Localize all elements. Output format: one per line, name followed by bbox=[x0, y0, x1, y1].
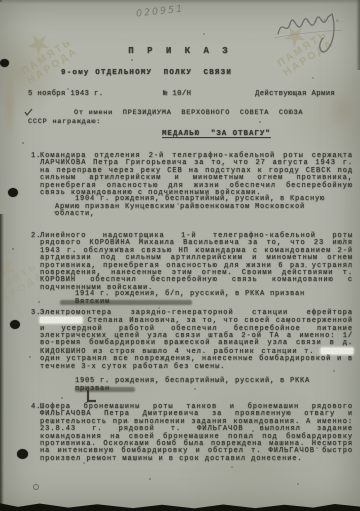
redaction-box bbox=[40, 317, 82, 323]
item-text: один устранял все повреждения, нанесенны… bbox=[40, 355, 353, 370]
corner-pencil-note: . . т. в. bbox=[306, 19, 345, 24]
smudge-mark bbox=[75, 387, 135, 392]
punch-hole bbox=[10, 320, 20, 329]
paper-stain bbox=[2, 72, 17, 144]
army-label: Действующая Армия bbox=[255, 90, 335, 98]
item-text: Шофера бронемашины роты танков и бронема… bbox=[40, 403, 353, 463]
punch-hole bbox=[17, 449, 28, 459]
scan-bottom-edge bbox=[0, 498, 360, 511]
item-text: Электромонтера зарядно-генераторной стан… bbox=[40, 309, 353, 317]
watermark-star-icon: ★ bbox=[10, 21, 69, 68]
item-text: Линейного надсмотрщика 1-й телеграфно-ка… bbox=[40, 232, 353, 292]
punch-hole bbox=[0, 59, 9, 67]
award-item: 4. Шофера бронемашины роты танков и брон… bbox=[40, 404, 353, 463]
archive-number: 020951 bbox=[136, 4, 185, 20]
award-item: 3. Электромонтера зарядно-генераторной с… bbox=[40, 310, 353, 371]
award-item: 2. Линейного надсмотрщика 1-й телеграфно… bbox=[40, 233, 353, 292]
scan-left-edge bbox=[0, 214, 4, 505]
redaction-box bbox=[321, 348, 353, 354]
watermark-star-icon: ★ bbox=[0, 245, 34, 292]
scanned-order-document: ★ ПАМЯТЬ НАРОДА ★ ПАМЯТЬ НАРОДА ★ ПАМЯТЬ… bbox=[0, 0, 360, 511]
item-text: Степана Ивановича, за то, что своей само… bbox=[40, 317, 353, 355]
item-number: 1. bbox=[31, 153, 41, 160]
punch-hole bbox=[8, 188, 18, 197]
item-number: 4. bbox=[31, 404, 41, 411]
scan-right-edge bbox=[356, 0, 360, 70]
preamble-line: От имени ПРЕЗИДИУМА ВЕРХОВНОГО СОВЕТА СО… bbox=[74, 109, 303, 117]
smudge-mark bbox=[60, 300, 192, 305]
order-title: П Р И К А З bbox=[0, 46, 360, 56]
paper-speckles bbox=[0, 0, 2, 2]
item-bio: 1904 г. рождения, беспартийный, русский,… bbox=[55, 196, 347, 219]
item-text: Командира отделения 2-й телеграфно-кабел… bbox=[40, 152, 353, 197]
preamble-line: СССР награждаю: bbox=[28, 118, 101, 126]
item-number: 2. bbox=[31, 233, 41, 240]
pencil-ring-mark bbox=[33, 484, 39, 490]
award-item: 1. Командира отделения 2-й телеграфно-ка… bbox=[40, 153, 353, 197]
award-medal-line: МЕДАЛЬЮ "ЗА ОТВАГУ" bbox=[162, 130, 271, 138]
order-addressee: 9-ому ОТДЕЛЬНОМУ ПОЛКУ СВЯЗИ bbox=[61, 69, 232, 77]
item-number: 3. bbox=[31, 310, 41, 317]
pencil-check-mark bbox=[24, 108, 34, 116]
order-date: 5 ноября 1943 г. bbox=[28, 90, 103, 98]
order-number: № 10/Н bbox=[163, 90, 191, 98]
